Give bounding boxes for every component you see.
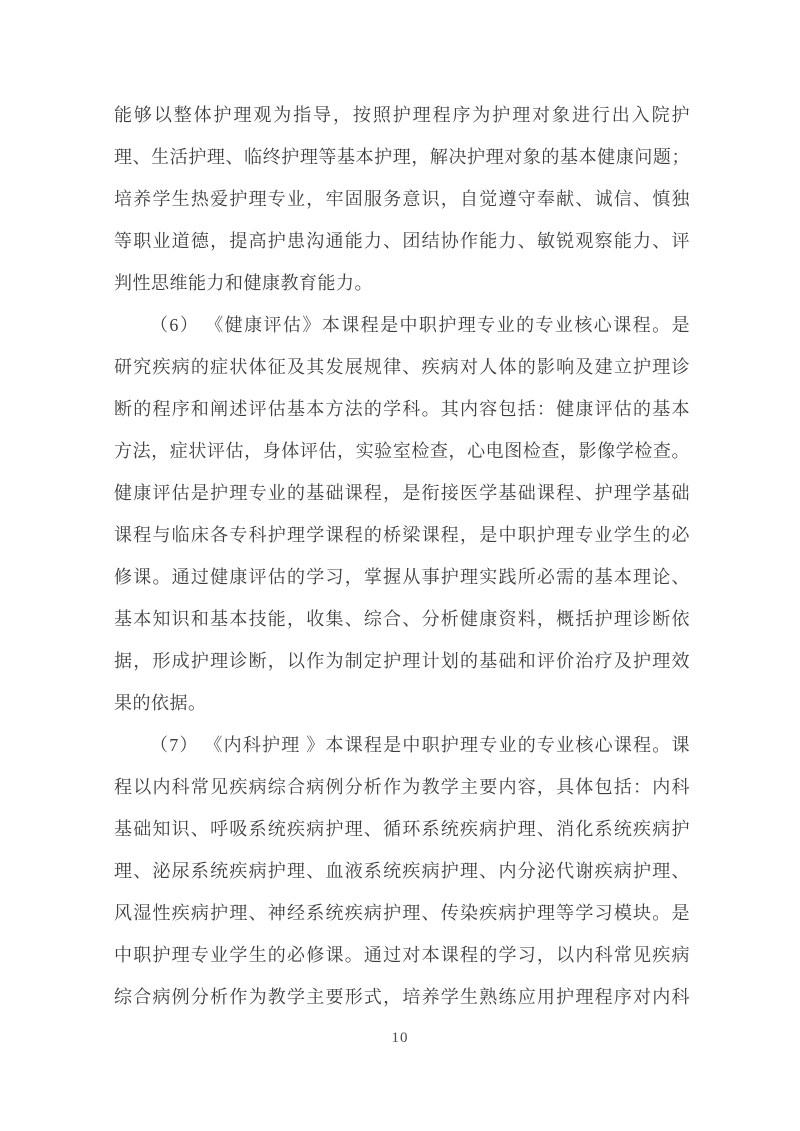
text-line: 能够以整体护理观为指导，按照护理程序为护理对象进行出入院护 — [114, 94, 690, 136]
text-line: 培养学生热爱护理专业，牢固服务意识，自觉遵守奉献、诚信、慎独 — [114, 178, 690, 220]
text-line: （7） 《内科护理 》本课程是中职护理专业的专业核心课程。课 — [114, 724, 690, 766]
text-line: 综合病例分析作为教学主要形式，培养学生熟练应用护理程序对内科 — [114, 976, 690, 1018]
text-line: 方法，症状评估，身体评估，实验室检查，心电图检查，影像学检查。 — [114, 430, 690, 472]
text-line: 健康评估是护理专业的基础课程，是衔接医学基础课程、护理学基础 — [114, 472, 690, 514]
text-line: 等职业道德，提高护患沟通能力、团结协作能力、敏锐观察能力、评 — [114, 220, 690, 262]
text-line: 基础知识、呼吸系统疾病护理、循环系统疾病护理、消化系统疾病护 — [114, 808, 690, 850]
text-line: 基本知识和基本技能，收集、综合、分析健康资料，概括护理诊断依 — [114, 598, 690, 640]
document-body: 能够以整体护理观为指导，按照护理程序为护理对象进行出入院护理、生活护理、临终护理… — [114, 94, 690, 1018]
text-line: 判性思维能力和健康教育能力。 — [114, 262, 690, 304]
text-line: 据，形成护理诊断，以作为制定护理计划的基础和评价治疗及护理效 — [114, 640, 690, 682]
text-line: 修课。通过健康评估的学习，掌握从事护理实践所必需的基本理论、 — [114, 556, 690, 598]
page-number-label: 10 — [0, 1030, 800, 1047]
text-line: 风湿性疾病护理、神经系统疾病护理、传染疾病护理等学习模块。是 — [114, 892, 690, 934]
text-line: 理、生活护理、临终护理等基本护理，解决护理对象的基本健康问题； — [114, 136, 690, 178]
text-line: 果的依据。 — [114, 682, 690, 724]
text-line: 课程与临床各专科护理学课程的桥梁课程，是中职护理专业学生的必 — [114, 514, 690, 556]
text-line: 理、泌尿系统疾病护理、血液系统疾病护理、内分泌代谢疾病护理、 — [114, 850, 690, 892]
text-line: （6） 《健康评估》本课程是中职护理专业的专业核心课程。是 — [114, 304, 690, 346]
text-line: 断的程序和阐述评估基本方法的学科。其内容包括：健康评估的基本 — [114, 388, 690, 430]
text-line: 中职护理专业学生的必修课。通过对本课程的学习，以内科常见疾病 — [114, 934, 690, 976]
text-line: 研究疾病的症状体征及其发展规律、疾病对人体的影响及建立护理诊 — [114, 346, 690, 388]
document-page: 能够以整体护理观为指导，按照护理程序为护理对象进行出入院护理、生活护理、临终护理… — [0, 0, 800, 1131]
text-line: 程以内科常见疾病综合病例分析作为教学主要内容，具体包括：内科 — [114, 766, 690, 808]
